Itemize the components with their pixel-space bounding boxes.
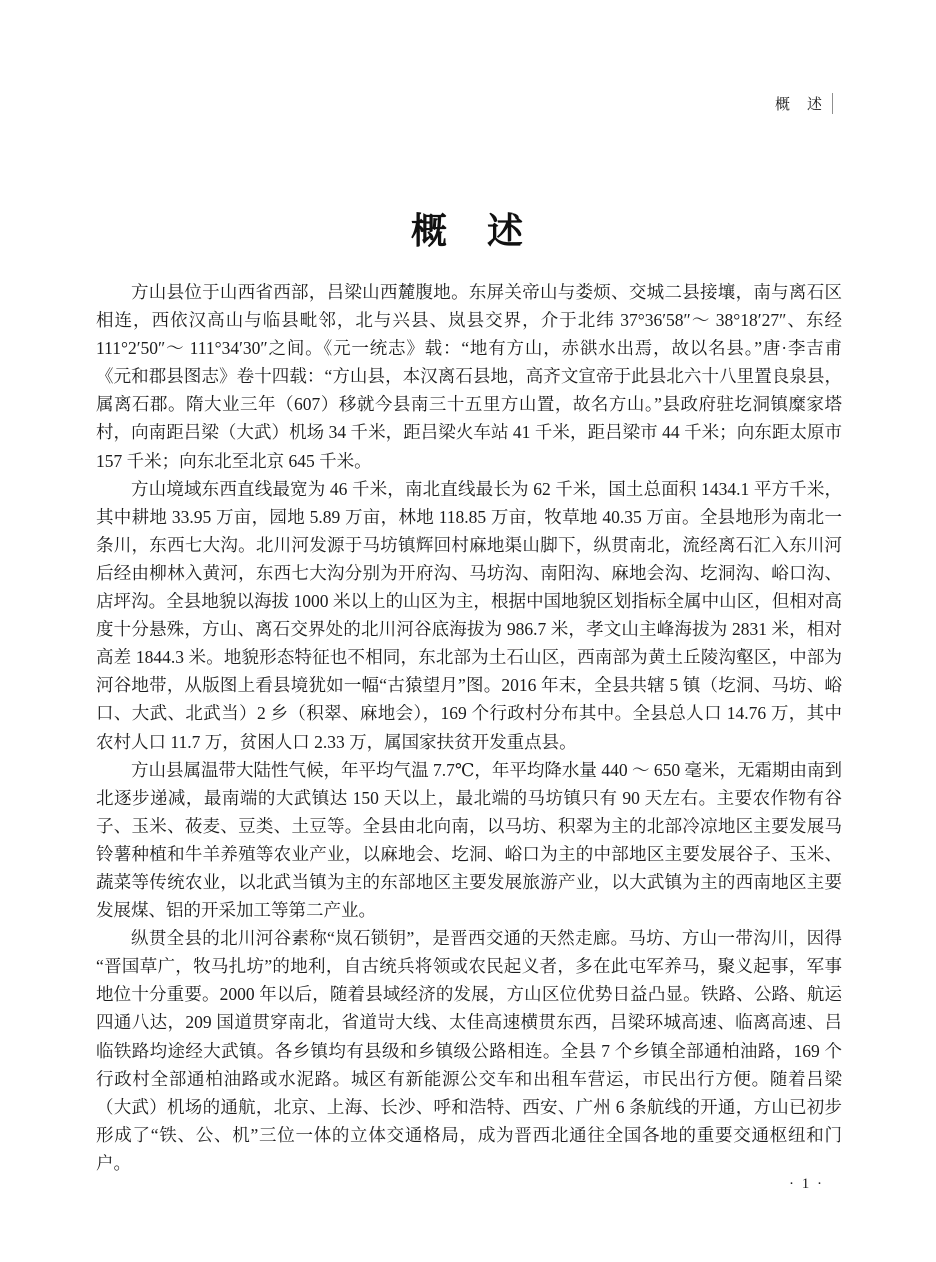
paragraph-2: 方山境域东西直线最宽为 46 千米，南北直线最长为 62 千米，国土总面积 14… (96, 475, 842, 756)
book-page: 概 述 概 述 方山县位于山西省西部，吕梁山西麓腹地。东屏关帝山与娄烦、交城二县… (0, 0, 936, 1262)
header-divider-line (832, 93, 833, 114)
running-header: 概 述 (775, 93, 833, 114)
page-title: 概 述 (0, 203, 936, 254)
paragraph-3: 方山县属温带大陆性气候，年平均气温 7.7℃，年平均降水量 440 ～ 650 … (96, 756, 842, 925)
page-number: · 1 · (789, 1176, 824, 1193)
paragraph-1: 方山县位于山西省西部，吕梁山西麓腹地。东屏关帝山与娄烦、交城二县接壤，南与离石区… (96, 278, 842, 475)
body-text: 方山县位于山西省西部，吕梁山西麓腹地。东屏关帝山与娄烦、交城二县接壤，南与离石区… (96, 278, 842, 1177)
paragraph-4: 纵贯全县的北川河谷素称“岚石锁钥”，是晋西交通的天然走廊。马坊、方山一带沟川，因… (96, 924, 842, 1177)
running-header-text: 概 述 (775, 93, 823, 114)
